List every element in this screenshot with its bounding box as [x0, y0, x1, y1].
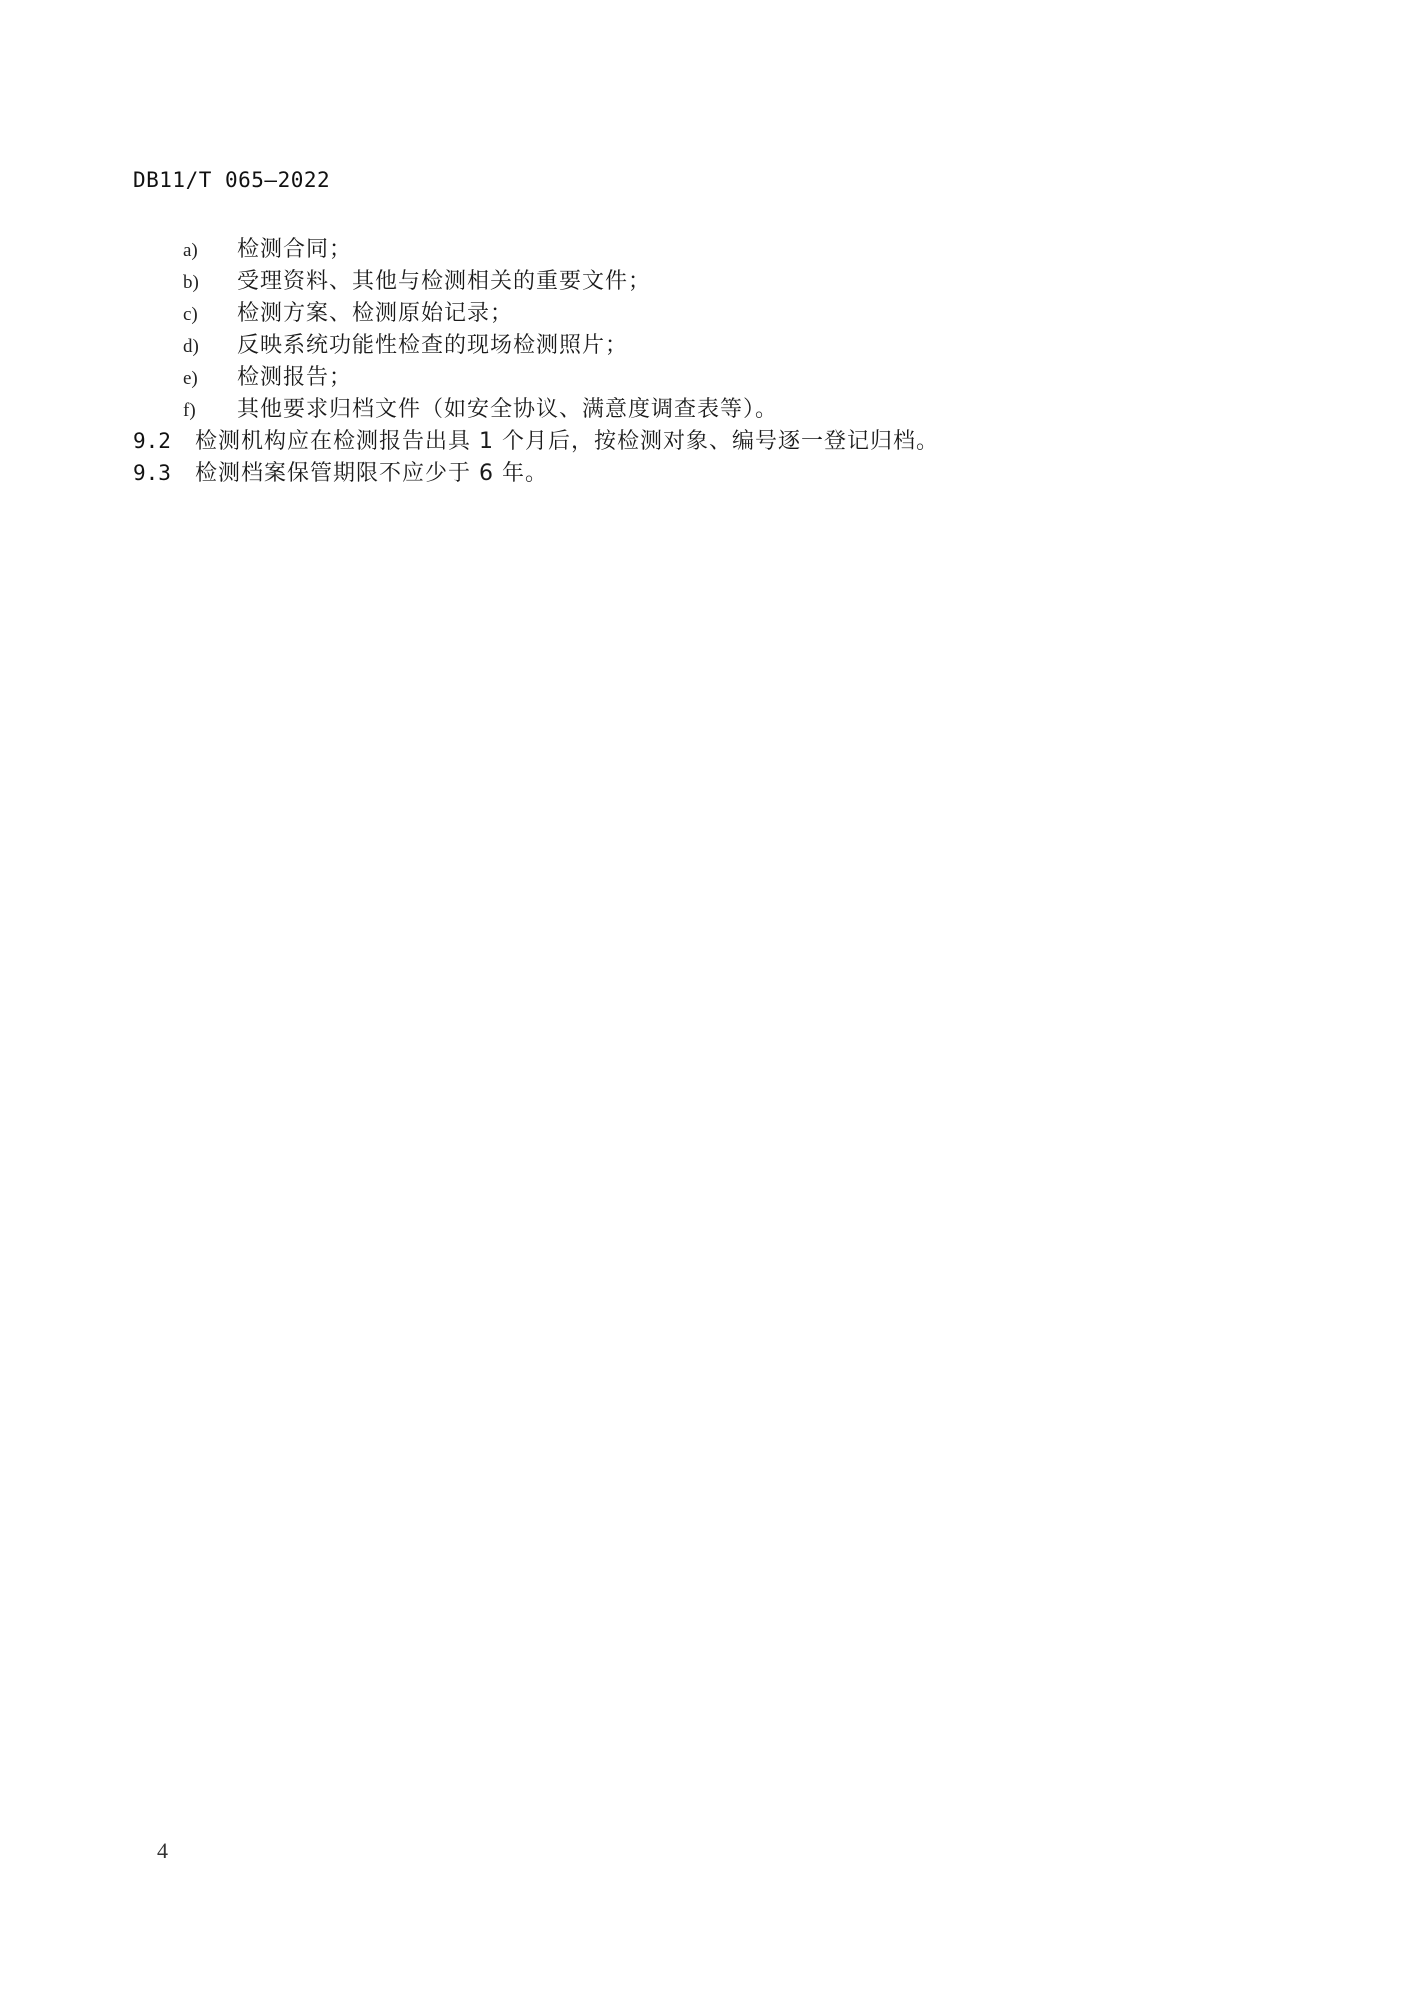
list-marker: f)	[183, 394, 237, 428]
list-item: c)检测方案、检测原始记录；	[183, 296, 513, 330]
list-marker: a)	[183, 234, 237, 268]
standard-code-header: DB11/T 065—2022	[133, 168, 330, 192]
list-marker: e)	[183, 362, 237, 396]
list-item: f)其他要求归档文件（如安全协议、满意度调查表等）。	[183, 392, 778, 426]
list-item-text: 检测合同；	[237, 237, 352, 262]
list-item: a)检测合同；	[183, 232, 352, 266]
list-item: b)受理资料、其他与检测相关的重要文件；	[183, 264, 651, 298]
list-item: e)检测报告；	[183, 360, 352, 394]
list-item-text: 检测报告；	[237, 365, 352, 390]
list-marker: d)	[183, 330, 237, 364]
clause-9-2: 9.2检测机构应在检测报告出具 1 个月后，按检测对象、编号逐一登记归档。	[133, 424, 939, 458]
list-item-text: 受理资料、其他与检测相关的重要文件；	[237, 269, 651, 294]
list-marker: b)	[183, 266, 237, 300]
clause-number: 9.2	[133, 424, 195, 458]
list-item-text: 检测方案、检测原始记录；	[237, 301, 513, 326]
list-item: d)反映系统功能性检查的现场检测照片；	[183, 328, 628, 362]
clause-number: 9.3	[133, 456, 195, 490]
list-marker: c)	[183, 298, 237, 332]
page-number: 4	[157, 1838, 168, 1864]
clause-text: 检测档案保管期限不应少于 6 年。	[195, 461, 548, 486]
clause-text: 检测机构应在检测报告出具 1 个月后，按检测对象、编号逐一登记归档。	[195, 429, 939, 454]
list-item-text: 其他要求归档文件（如安全协议、满意度调查表等）。	[237, 397, 778, 422]
list-item-text: 反映系统功能性检查的现场检测照片；	[237, 333, 628, 358]
clause-9-3: 9.3检测档案保管期限不应少于 6 年。	[133, 456, 548, 490]
